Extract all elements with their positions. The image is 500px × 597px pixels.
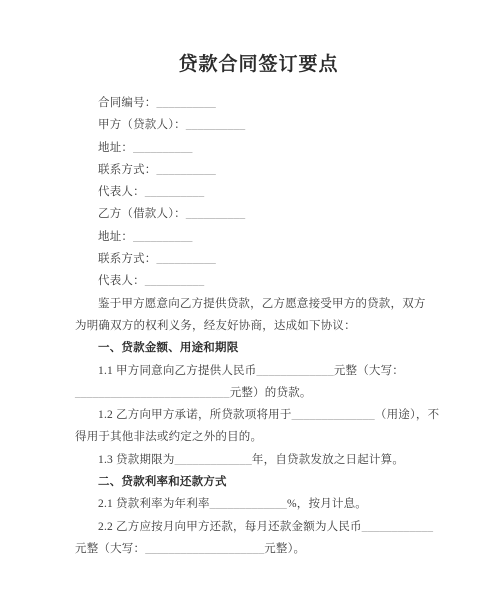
clause-1-1-line-1: 1.1 甲方同意向乙方提供人民币_____________元整（大写： <box>75 360 442 382</box>
blank-underline: __________ <box>157 253 217 265</box>
field-party-a-lender: 甲方（贷款人）：__________ <box>75 114 442 136</box>
party-fields-block: 合同编号：__________ 甲方（贷款人）：__________ 地址：__… <box>75 92 442 293</box>
blank-underline: __________ <box>186 208 246 220</box>
field-party-b-contact: 联系方式：__________ <box>75 248 442 270</box>
blank-underline: _____________ <box>256 365 333 377</box>
blank-underline: __________ <box>145 275 205 287</box>
clause-1-2-line-2: 得用于其他非法或约定之外的目的。 <box>75 426 442 448</box>
preamble-line-2: 为明确双方的权利义务，经友好协商，达成如下协议： <box>75 315 442 337</box>
blank-underline: __________ <box>145 186 205 198</box>
blank-underline: _____________ <box>175 454 252 466</box>
preamble-paragraph: 鉴于甲方愿意向乙方提供贷款，乙方愿意接受甲方的贷款，双方 为明确双方的权利义务，… <box>75 293 442 338</box>
preamble-line-1: 鉴于甲方愿意向乙方提供贷款，乙方愿意接受甲方的贷款，双方 <box>75 293 442 315</box>
clause-1-2-line-1: 1.2 乙方向甲方承诺，所贷款项将用于______________（用途），不 <box>75 404 442 426</box>
blank-underline: ______________ <box>292 409 375 421</box>
blank-underline: __________ <box>133 142 193 154</box>
field-party-a-contact: 联系方式：__________ <box>75 159 442 181</box>
blank-underline: __________ <box>186 119 246 131</box>
field-party-a-representative: 代表人：__________ <box>75 181 442 203</box>
section-2-heading: 二、贷款利率和还款方式 <box>75 471 442 493</box>
field-party-b-address: 地址：__________ <box>75 226 442 248</box>
field-party-b-borrower: 乙方（借款人）：__________ <box>75 203 442 225</box>
field-party-b-representative: 代表人：__________ <box>75 270 442 292</box>
clause-1-1-line-2: __________________________元整）的贷款。 <box>75 382 442 404</box>
clause-1-3: 1.3 贷款期限为_____________年，自贷款发放之日起计算。 <box>75 449 442 471</box>
blank-underline: __________________________ <box>75 387 230 399</box>
clause-2-1: 2.1 贷款利率为年利率_____________%，按月计息。 <box>75 493 442 515</box>
field-contract-number: 合同编号：__________ <box>75 92 442 114</box>
document-title: 贷款合同签订要点 <box>75 52 442 78</box>
blank-underline: __________ <box>133 231 193 243</box>
blank-underline: _____________ <box>210 498 287 510</box>
blank-underline: __________ <box>157 164 217 176</box>
section-2: 二、贷款利率和还款方式 2.1 贷款利率为年利率_____________%，按… <box>75 471 442 560</box>
section-1-heading: 一、贷款金额、用途和期限 <box>75 337 442 359</box>
section-1: 一、贷款金额、用途和期限 1.1 甲方同意向乙方提供人民币___________… <box>75 337 442 471</box>
document-page: 贷款合同签订要点 合同编号：__________ 甲方（贷款人）：_______… <box>0 0 500 597</box>
field-party-a-address: 地址：__________ <box>75 137 442 159</box>
blank-underline: ____________ <box>362 521 433 533</box>
blank-underline: ____________________ <box>145 543 264 555</box>
clause-2-2-line-2: 元整（大写：____________________元整）。 <box>75 538 442 560</box>
blank-underline: __________ <box>157 97 217 109</box>
clause-2-2-line-1: 2.2 乙方应按月向甲方还款，每月还款金额为人民币____________ <box>75 516 442 538</box>
